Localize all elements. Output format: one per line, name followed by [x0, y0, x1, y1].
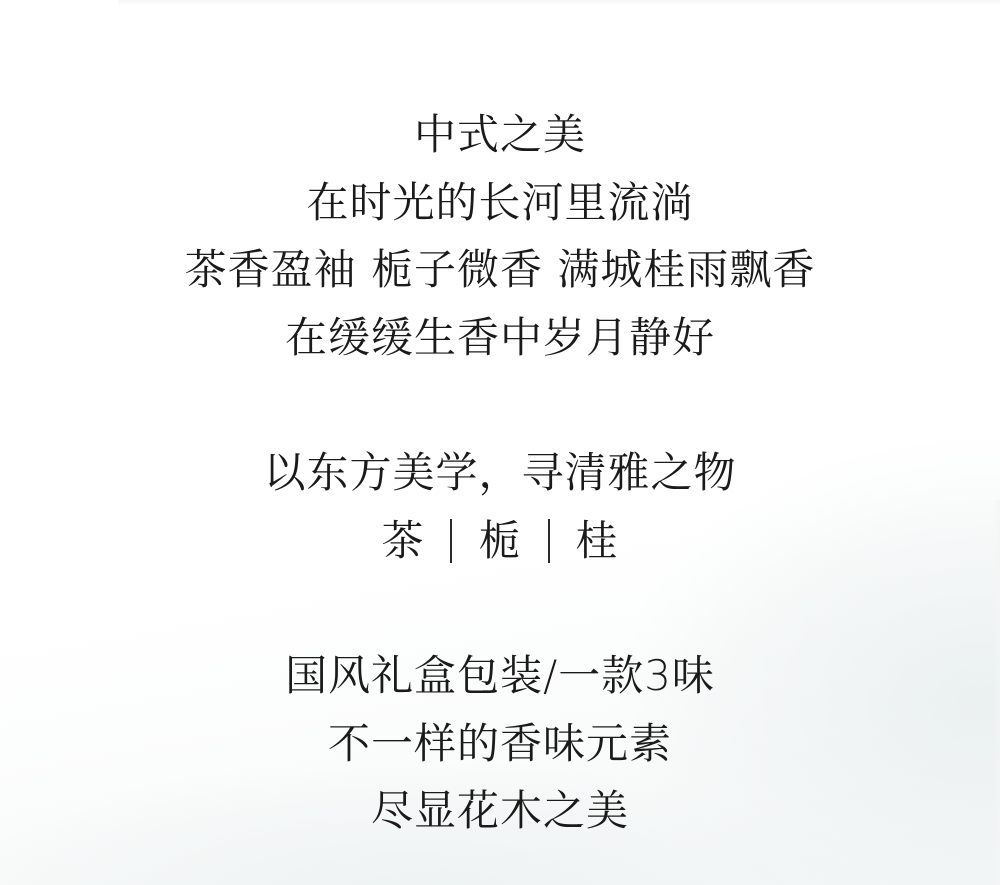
scent-osmanthus: 桂 [576, 516, 619, 566]
stanza-3-line-1: 国风礼盒包装/一款3味 [0, 651, 1000, 701]
stanza-1-line-3: 茶香盈袖 栀子微香 满城桂雨飘香 [0, 245, 1000, 295]
stanza-1-line-2: 在时光的长河里流淌 [0, 178, 1000, 228]
scent-gardenia: 栀 [478, 516, 521, 566]
stanza-1-line-1: 中式之美 [0, 110, 1000, 160]
stanza-3-line-3: 尽显花木之美 [0, 786, 1000, 836]
stanza-3-line-2: 不一样的香味元素 [0, 719, 1000, 769]
poem-copy: 中式之美 在时光的长河里流淌 茶香盈袖 栀子微香 满城桂雨飘香 在缓缓生香中岁月… [0, 0, 1000, 885]
stanza-1-line-4: 在缓缓生香中岁月静好 [0, 313, 1000, 363]
stanza-2-line-1: 以东方美学，寻清雅之物 [0, 448, 1000, 498]
separator-bar [548, 519, 550, 563]
scent-tea: 茶 [381, 516, 424, 566]
separator-bar [450, 519, 452, 563]
scent-list: 茶栀桂 [0, 516, 1000, 566]
